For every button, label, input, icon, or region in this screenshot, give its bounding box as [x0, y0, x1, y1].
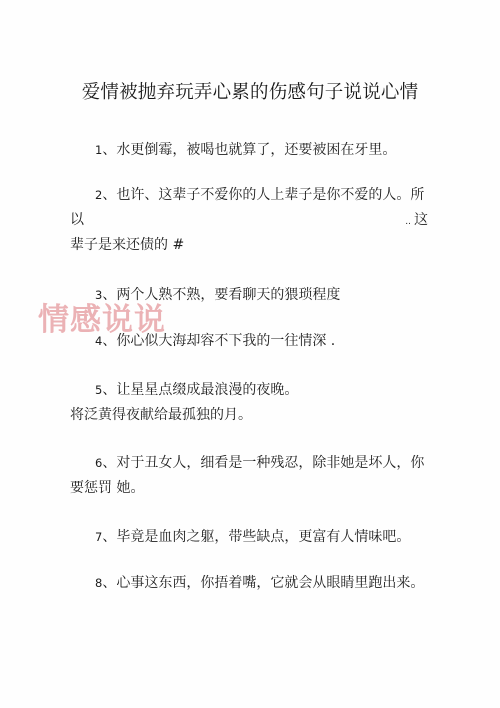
quote-text: 对于丑女人，细看是一种残忍，除非她是坏人，你 [116, 455, 424, 471]
quote-text: 要惩罚 她。 [70, 480, 144, 496]
quote-text: 这 [414, 212, 428, 228]
quote-text: 辈子是来还债的 # [70, 237, 184, 253]
quote-line: 8、心事这东西，你捂着嘴，它就会从眼睛里跑出来。 [70, 571, 428, 596]
quote-item-7: 7、毕竟是血肉之躯，带些缺点，更富有人情味吧。 [70, 525, 428, 550]
quote-text: 也许、这辈子不爱你的人上辈子是你不爱的人。所 [116, 187, 424, 203]
separator: 、 [102, 142, 116, 158]
separator: 、 [102, 455, 116, 471]
separator: 、 [102, 287, 116, 303]
separator: 、 [102, 529, 116, 545]
quote-line: 将泛黄得夜献给最孤独的月。 [70, 403, 428, 428]
separator: 、 [102, 382, 116, 398]
quote-text: 将泛黄得夜献给最孤独的月。 [70, 407, 252, 423]
quote-text: 毕竟是血肉之躯，带些缺点，更富有人情味吧。 [116, 529, 410, 545]
page-title: 爱情被抛弃玩弄心累的伤感句子说说心情 [0, 80, 500, 106]
quote-text-right: ....这这 [405, 208, 428, 235]
quote-item-3: 3、两个人熟不熟，要看聊天的猥琐程度 [70, 283, 428, 308]
quote-line: 4、你心似大海却容不下我的一往情深 . [70, 329, 428, 354]
quote-line: 以....这这 [70, 208, 428, 233]
quote-line: 5、让星星点缀成最浪漫的夜晚。 [70, 378, 428, 403]
quote-item-6: 6、对于丑女人，细看是一种残忍，除非她是坏人，你 要惩罚 她。 [70, 451, 428, 501]
quote-text: 心事这东西，你捂着嘴，它就会从眼睛里跑出来。 [116, 575, 424, 591]
quote-text: 让星星点缀成最浪漫的夜晚。 [116, 382, 298, 398]
quote-item-1: 1、水更倒霉，被喝也就算了，还要被困在牙里。 [70, 138, 428, 163]
quote-item-8: 8、心事这东西，你捂着嘴，它就会从眼睛里跑出来。 [70, 571, 428, 596]
document-page: 爱情被抛弃玩弄心累的伤感句子说说心情 1、水更倒霉，被喝也就算了，还要被困在牙里… [0, 0, 500, 708]
quote-line: 辈子是来还债的 # [70, 233, 428, 258]
quote-text: 以 [70, 212, 84, 228]
separator: 、 [102, 333, 116, 349]
quote-line: 7、毕竟是血肉之躯，带些缺点，更富有人情味吧。 [70, 525, 428, 550]
separator: 、 [102, 575, 116, 591]
quote-item-2: 2、也许、这辈子不爱你的人上辈子是你不爱的人。所 以....这这 辈子是来还债的… [70, 183, 428, 258]
quote-line: 6、对于丑女人，细看是一种残忍，除非她是坏人，你 [70, 451, 428, 476]
quote-line: 1、水更倒霉，被喝也就算了，还要被困在牙里。 [70, 138, 428, 163]
quote-text: 两个人熟不熟，要看聊天的猥琐程度 [116, 287, 340, 303]
ellipsis-dots: .. [405, 217, 411, 227]
quote-text: 水更倒霉，被喝也就算了，还要被困在牙里。 [116, 142, 396, 158]
quote-line: 3、两个人熟不熟，要看聊天的猥琐程度 [70, 283, 428, 308]
separator: 、 [102, 187, 116, 203]
quote-line: 2、也许、这辈子不爱你的人上辈子是你不爱的人。所 [70, 183, 428, 208]
quote-text: 你心似大海却容不下我的一往情深 . [116, 333, 335, 349]
quote-item-4: 4、你心似大海却容不下我的一往情深 . [70, 329, 428, 354]
quote-line: 要惩罚 她。 [70, 476, 428, 501]
quote-item-5: 5、让星星点缀成最浪漫的夜晚。 将泛黄得夜献给最孤独的月。 [70, 378, 428, 428]
